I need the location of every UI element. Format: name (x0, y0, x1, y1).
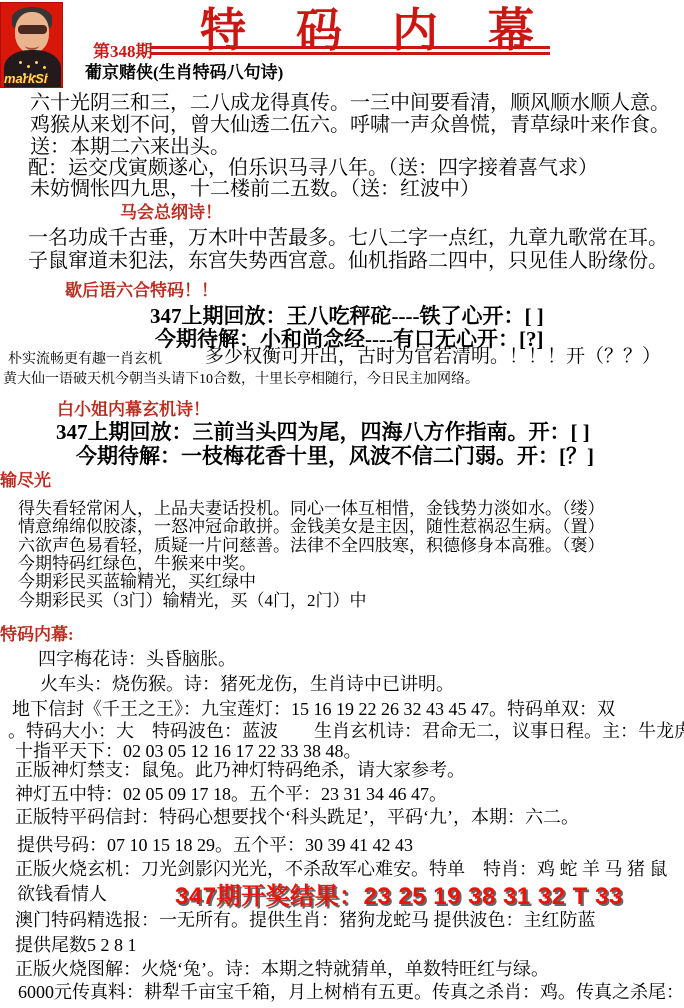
bottom-line: 6000元传真料：耕犁千亩宝千箱，月上树梢有五更。传真之杀肖：鸡。传真之杀尾：1 (18, 983, 684, 1003)
pujing-poem-line: 配：运交戊寅颇遂心，伯乐识马寻八年。（送：四字接着喜气求） (28, 157, 598, 179)
neimu-line: 四字梅花诗：头昏脑胀。 (38, 650, 236, 670)
baixiaojie-current-line: 今期待解：一枝梅花香十里，风波不信二门弱。开：[？] (76, 445, 594, 468)
issue-number: 第348期 (93, 37, 153, 62)
neimu-line: 地下信封《千王之王》：九宝莲灯：15 16 19 22 26 32 43 45 … (12, 700, 615, 720)
mahui-poem-line: 一名功成千古垂，万木叶中苦最多。七八二字一点红，九章九歌常在耳。 (28, 227, 668, 249)
tip-sheet-page: markSi 第348期 特码内幕 葡京赌侠(生肖特码八句诗) 六十光阴三和三，… (0, 0, 684, 1008)
neimu-line: 十指平天下：02 03 05 12 16 17 22 33 38 48。 (15, 742, 362, 762)
xiehouyu-note-left: 朴实流畅更有趣一肖玄机 (8, 352, 162, 367)
shujinguang-line: 今期彩民买蓝输精光，买红绿中 (18, 573, 256, 592)
neimu-heading: 特码内幕: (0, 626, 74, 645)
neimu-line: 火车头：烧伤猴。诗：猪死龙伤，生肖诗中已讲明。 (40, 675, 454, 695)
draw-result-banner: 347期开奖结果：23 25 19 38 31 32 T 33 (175, 876, 623, 911)
neimu-line: 提供号码：07 10 15 18 29。五个平：30 39 41 42 43 (17, 836, 413, 856)
shujinguang-line: 六欲声色易看轻，质疑一片问慈善。法律不全四肢寒，积德修身本高雅。（褒） (18, 537, 605, 556)
neimu-line: 正版神灯禁支：鼠兔。此乃神灯特码绝杀，请大家参考。 (15, 761, 465, 781)
neimu-line: 欲钱看情人 (17, 885, 107, 905)
pujing-heading: 葡京赌侠(生肖特码八句诗) (85, 64, 283, 83)
pujing-poem-line: 鸡猴从来划不问，曾大仙透二伍六。呼啸一声众兽慌，青草绿叶来作食。 (30, 114, 670, 136)
pujing-poem-line: 未妨惆怅四九思，十二楼前二五数。（送：红波中） (30, 178, 480, 200)
bottom-line: 澳门特码精选报：一无所有。提供生肖：猪狗龙蛇马 提供波色：主红防蓝 (15, 911, 596, 931)
mahui-poem-line: 子鼠窜道未犯法，东宫失势西宫意。仙机指路二四中，只见佳人盼缘份。 (28, 250, 668, 272)
xiehouyu-note-right: 多少权衡可开出，古时为官若清明。！！！开（？？） (205, 347, 661, 368)
shujinguang-line: 情意绵绵似胶漆，一怒冲冠命敢拼。金钱美女是主因，随性惹祸忍生病。（置） (18, 518, 605, 537)
shujinguang-heading: 输尽光 (0, 472, 51, 491)
sunglasses-icon (18, 25, 47, 34)
shujinguang-line: 得失看轻常闲人，上品夫妻话投机。同心一体互相惜，金钱势力淡如水。（缕） (18, 500, 605, 519)
neimu-line: 神灯五中特：02 05 09 17 18。五个平：23 31 34 46 47。 (15, 785, 447, 805)
title-underline (150, 46, 550, 55)
photo-dots (19, 61, 22, 64)
xiehouyu-heading: 歇后语六合特码！！ (65, 282, 218, 301)
xiehouyu-note2: 黄大仙一语破天机今朝当头请下10合数，十里长亭相随行，今日民主加网络。 (3, 372, 479, 387)
shujinguang-line: 今期特码红绿色，牛猴来中奖。 (18, 555, 256, 574)
bottom-line: 正版火烧图解：火烧‘兔’。诗：本期之特就猜单，单数特旺红与绿。 (15, 960, 549, 980)
masthead-photo: markSi (0, 2, 63, 88)
baixiaojie-previous-line: 347上期回放：三前当头四为尾，四海八方作指南。开：[ ] (56, 421, 590, 444)
neimu-line: 。特码大小：大 特码波色：蓝波 生肖玄机诗：君命无二，议事日程。主：牛龙虎羊猪。 (8, 722, 684, 742)
xiehouyu-previous-line: 347上期回放：王八吃秤砣----铁了心开：[ ] (150, 305, 544, 328)
pujing-poem-line: 六十光阴三和三，二八成龙得真传。一三中间要看清，顺风顺水顺人意。 (30, 92, 670, 114)
shujinguang-line: 今期彩民买（3门）输精光，买（4门，2门）中 (18, 592, 367, 611)
bottom-line: 提供尾数5 2 8 1 (15, 936, 137, 956)
mahui-heading: 马会总纲诗！ (120, 204, 222, 223)
pujing-poem-line: 送：本期二六来出头。 (30, 136, 230, 158)
neimu-line: 正版特平码信封：特码心想要找个‘科头跣足’，平码‘九’，本期：六二。 (15, 808, 579, 828)
photo-smile (25, 41, 39, 50)
logo-watermark: markSi (4, 71, 47, 86)
baixiaojie-heading: 白小姐内幕玄机诗！ (57, 401, 210, 420)
